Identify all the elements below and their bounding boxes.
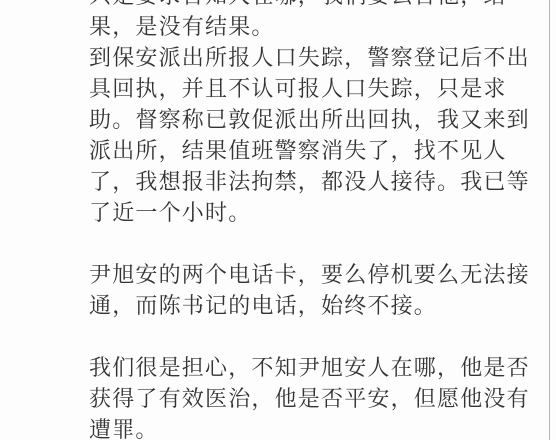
text-line: 果，是没有结果。 [89,11,541,42]
paragraph-3: 我们很是担心，不知尹旭安人在哪，他是否 获得了有效医治，他是否平安，但愿他没有 … [89,352,541,440]
paragraph-2: 尹旭安的两个电话卡，要么停机要么无法接 通，而陈书记的电话，始终不接。 [89,259,541,321]
text-line: 了近一个小时。 [89,197,541,228]
text-line: 了，我想报非法拘禁，都没人接待。我已等 [89,166,541,197]
text-line: 尹旭安的两个电话卡，要么停机要么无法接 [89,259,541,290]
text-line: 到保安派出所报人口失踪，警察登记后不出 [89,42,541,73]
text-line: 获得了有效医治，他是否平安，但愿他没有 [89,383,541,414]
text-line: 助。督察称已敦促派出所出回执，我又来到 [89,104,541,135]
page-right-border [549,0,550,440]
text-line: 具回执，并且不认可报人口失踪，只是求 [89,73,541,104]
text-line: 我们很是担心，不知尹旭安人在哪，他是否 [89,352,541,383]
text-line: 通，而陈书记的电话，始终不接。 [89,290,541,321]
text-line: 派出所，结果值班警察消失了，找不见人 [89,135,541,166]
text-line-clipped: 只是要求告知人在哪，我们要么告他，结 [89,0,541,11]
paragraph-1: 只是要求告知人在哪，我们要么告他，结 果，是没有结果。 到保安派出所报人口失踪，… [89,0,541,228]
letter-text: 只是要求告知人在哪，我们要么告他，结 果，是没有结果。 到保安派出所报人口失踪，… [89,0,541,440]
text-line: 遭罪。 [89,414,541,440]
